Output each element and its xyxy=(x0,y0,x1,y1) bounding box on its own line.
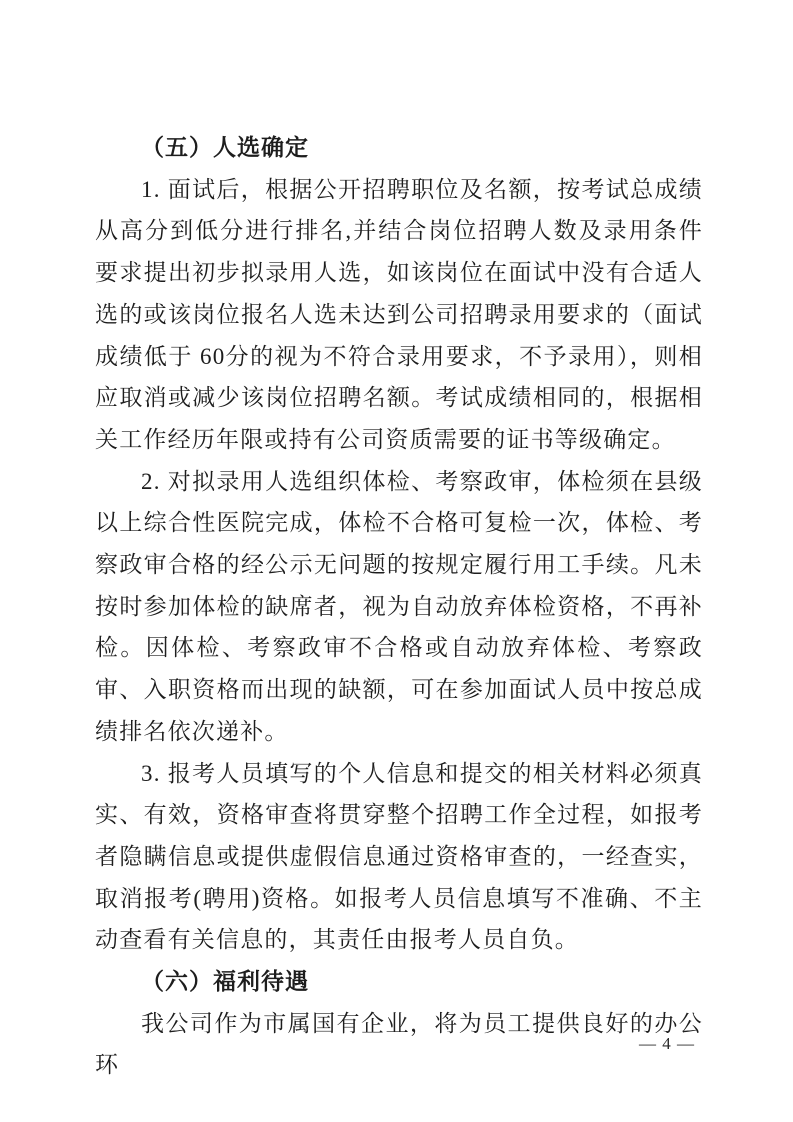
document-page: （五）人选确定 1. 面试后，根据公开招聘职位及名额，按考试总成绩从高分到低分进… xyxy=(0,0,793,1122)
document-content: （五）人选确定 1. 面试后，根据公开招聘职位及名额，按考试总成绩从高分到低分进… xyxy=(95,127,703,1086)
section-heading-5-candidate-confirmation: （五）人选确定 xyxy=(95,127,703,169)
paragraph-2: 2. 对拟录用人选组织体检、考察政审，体检须在县级以上综合性医院完成，体检不合格… xyxy=(95,461,703,753)
paragraph-3: 3. 报考人员填写的个人信息和提交的相关材料必须真实、有效，资格审查将贯穿整个招… xyxy=(95,753,703,962)
page-number: — 4 — xyxy=(639,1034,695,1054)
paragraph-1: 1. 面试后，根据公开招聘职位及名额，按考试总成绩从高分到低分进行排名,并结合岗… xyxy=(95,169,703,461)
section-heading-6-benefits: （六）福利待遇 xyxy=(95,961,703,1003)
paragraph-4: 我公司作为市属国有企业，将为员工提供良好的办公环 xyxy=(95,1003,703,1086)
